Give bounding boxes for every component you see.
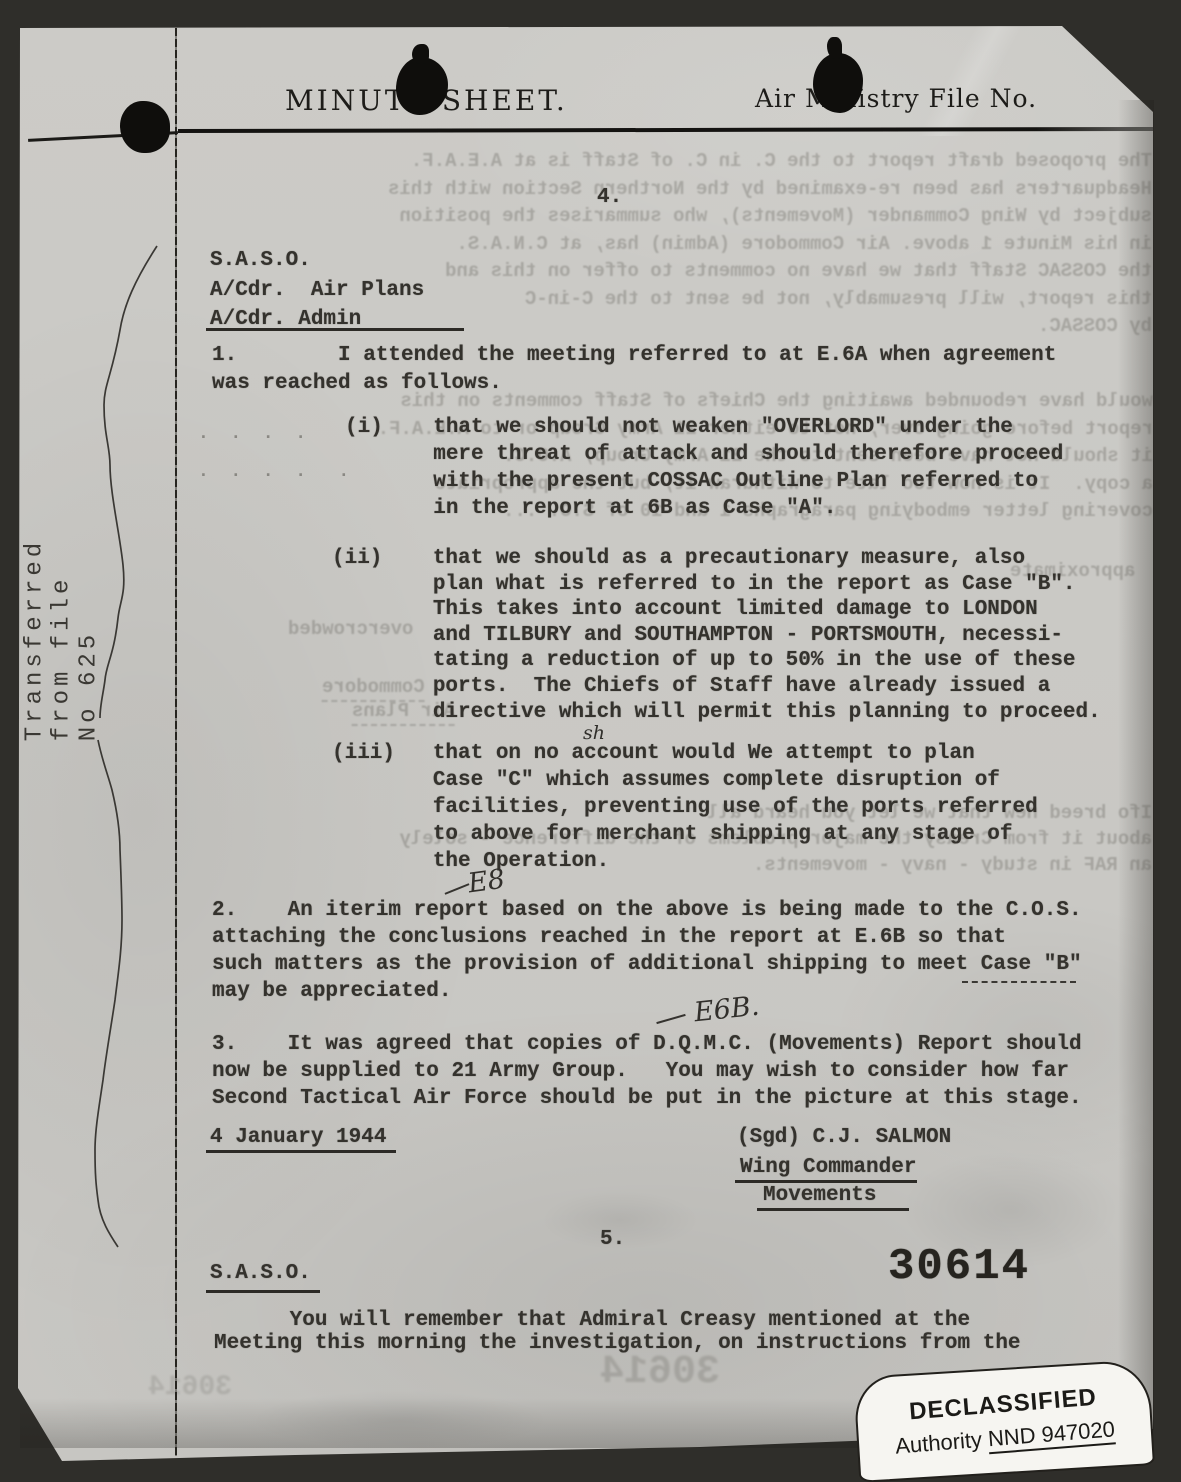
- item-i: (i) that we should not weaken "OVERLORD"…: [345, 414, 1063, 522]
- signature-branch: Movements: [763, 1184, 876, 1207]
- page-number-4: 4.: [597, 186, 622, 209]
- serial-number: 30614: [888, 1242, 1030, 1292]
- ink-blot: [813, 53, 863, 113]
- page5-body: You will remember that Admiral Creasy me…: [214, 1310, 1021, 1355]
- dashed-underline-case-b: [962, 981, 1076, 983]
- paragraph-3: 3. It was agreed that copies of D.Q.M.C.…: [212, 1031, 1082, 1112]
- addressee-saso: S.A.S.O.: [210, 1262, 311, 1285]
- declassified-stamp: DECLASSIFIED Authority NND 947020: [853, 1359, 1155, 1482]
- item-ii: (ii) that we should as a precautionary m…: [332, 546, 1101, 725]
- signature-sgd: (Sgd) C.J. SALMON: [737, 1126, 951, 1149]
- fold-crease: [850, 26, 1090, 136]
- item-iii: (iii) that on no account would We attemp…: [332, 740, 1038, 875]
- authority-number: NND 947020: [987, 1416, 1116, 1454]
- underline-rank: [735, 1180, 917, 1183]
- addressee-list: S.A.S.O. A/Cdr. Air Plans A/Cdr. Admin: [210, 246, 424, 335]
- page-number-5: 5.: [600, 1228, 625, 1251]
- file-number-label: Air Ministry File No.: [755, 84, 1037, 113]
- scanned-minute-sheet: { "header": { "form_title": "MINUTE SHEE…: [0, 0, 1181, 1482]
- paragraph-2: 2. An iterim report based on the above i…: [212, 897, 1082, 1005]
- bleed-dots: . . . .: [198, 424, 306, 444]
- date: 4 January 1944: [210, 1126, 386, 1149]
- underline-saso: [206, 1290, 320, 1293]
- handwritten-e8: E8: [466, 864, 507, 900]
- bleed-serial-number: 30614: [600, 1350, 720, 1395]
- margin-rule-line: [175, 28, 177, 1456]
- signature-rank: Wing Commander: [740, 1156, 916, 1179]
- bleed-dots: . . . . .: [198, 462, 349, 482]
- bleed-serial-number: 30614: [148, 1372, 232, 1403]
- paragraph-1: 1. I attended the meeting referred to at…: [212, 342, 1056, 398]
- authority-label: Authority: [894, 1426, 989, 1458]
- underline-admin: [206, 328, 464, 331]
- margin-squiggle-line: [80, 235, 170, 1265]
- ink-blot: [120, 101, 170, 153]
- underline-date: [206, 1150, 396, 1153]
- underline-branch: [757, 1208, 909, 1211]
- handwritten-sh-correction: sh: [583, 722, 605, 744]
- bleed-through-text: The proposed draft report to the C. in C…: [420, 148, 1152, 341]
